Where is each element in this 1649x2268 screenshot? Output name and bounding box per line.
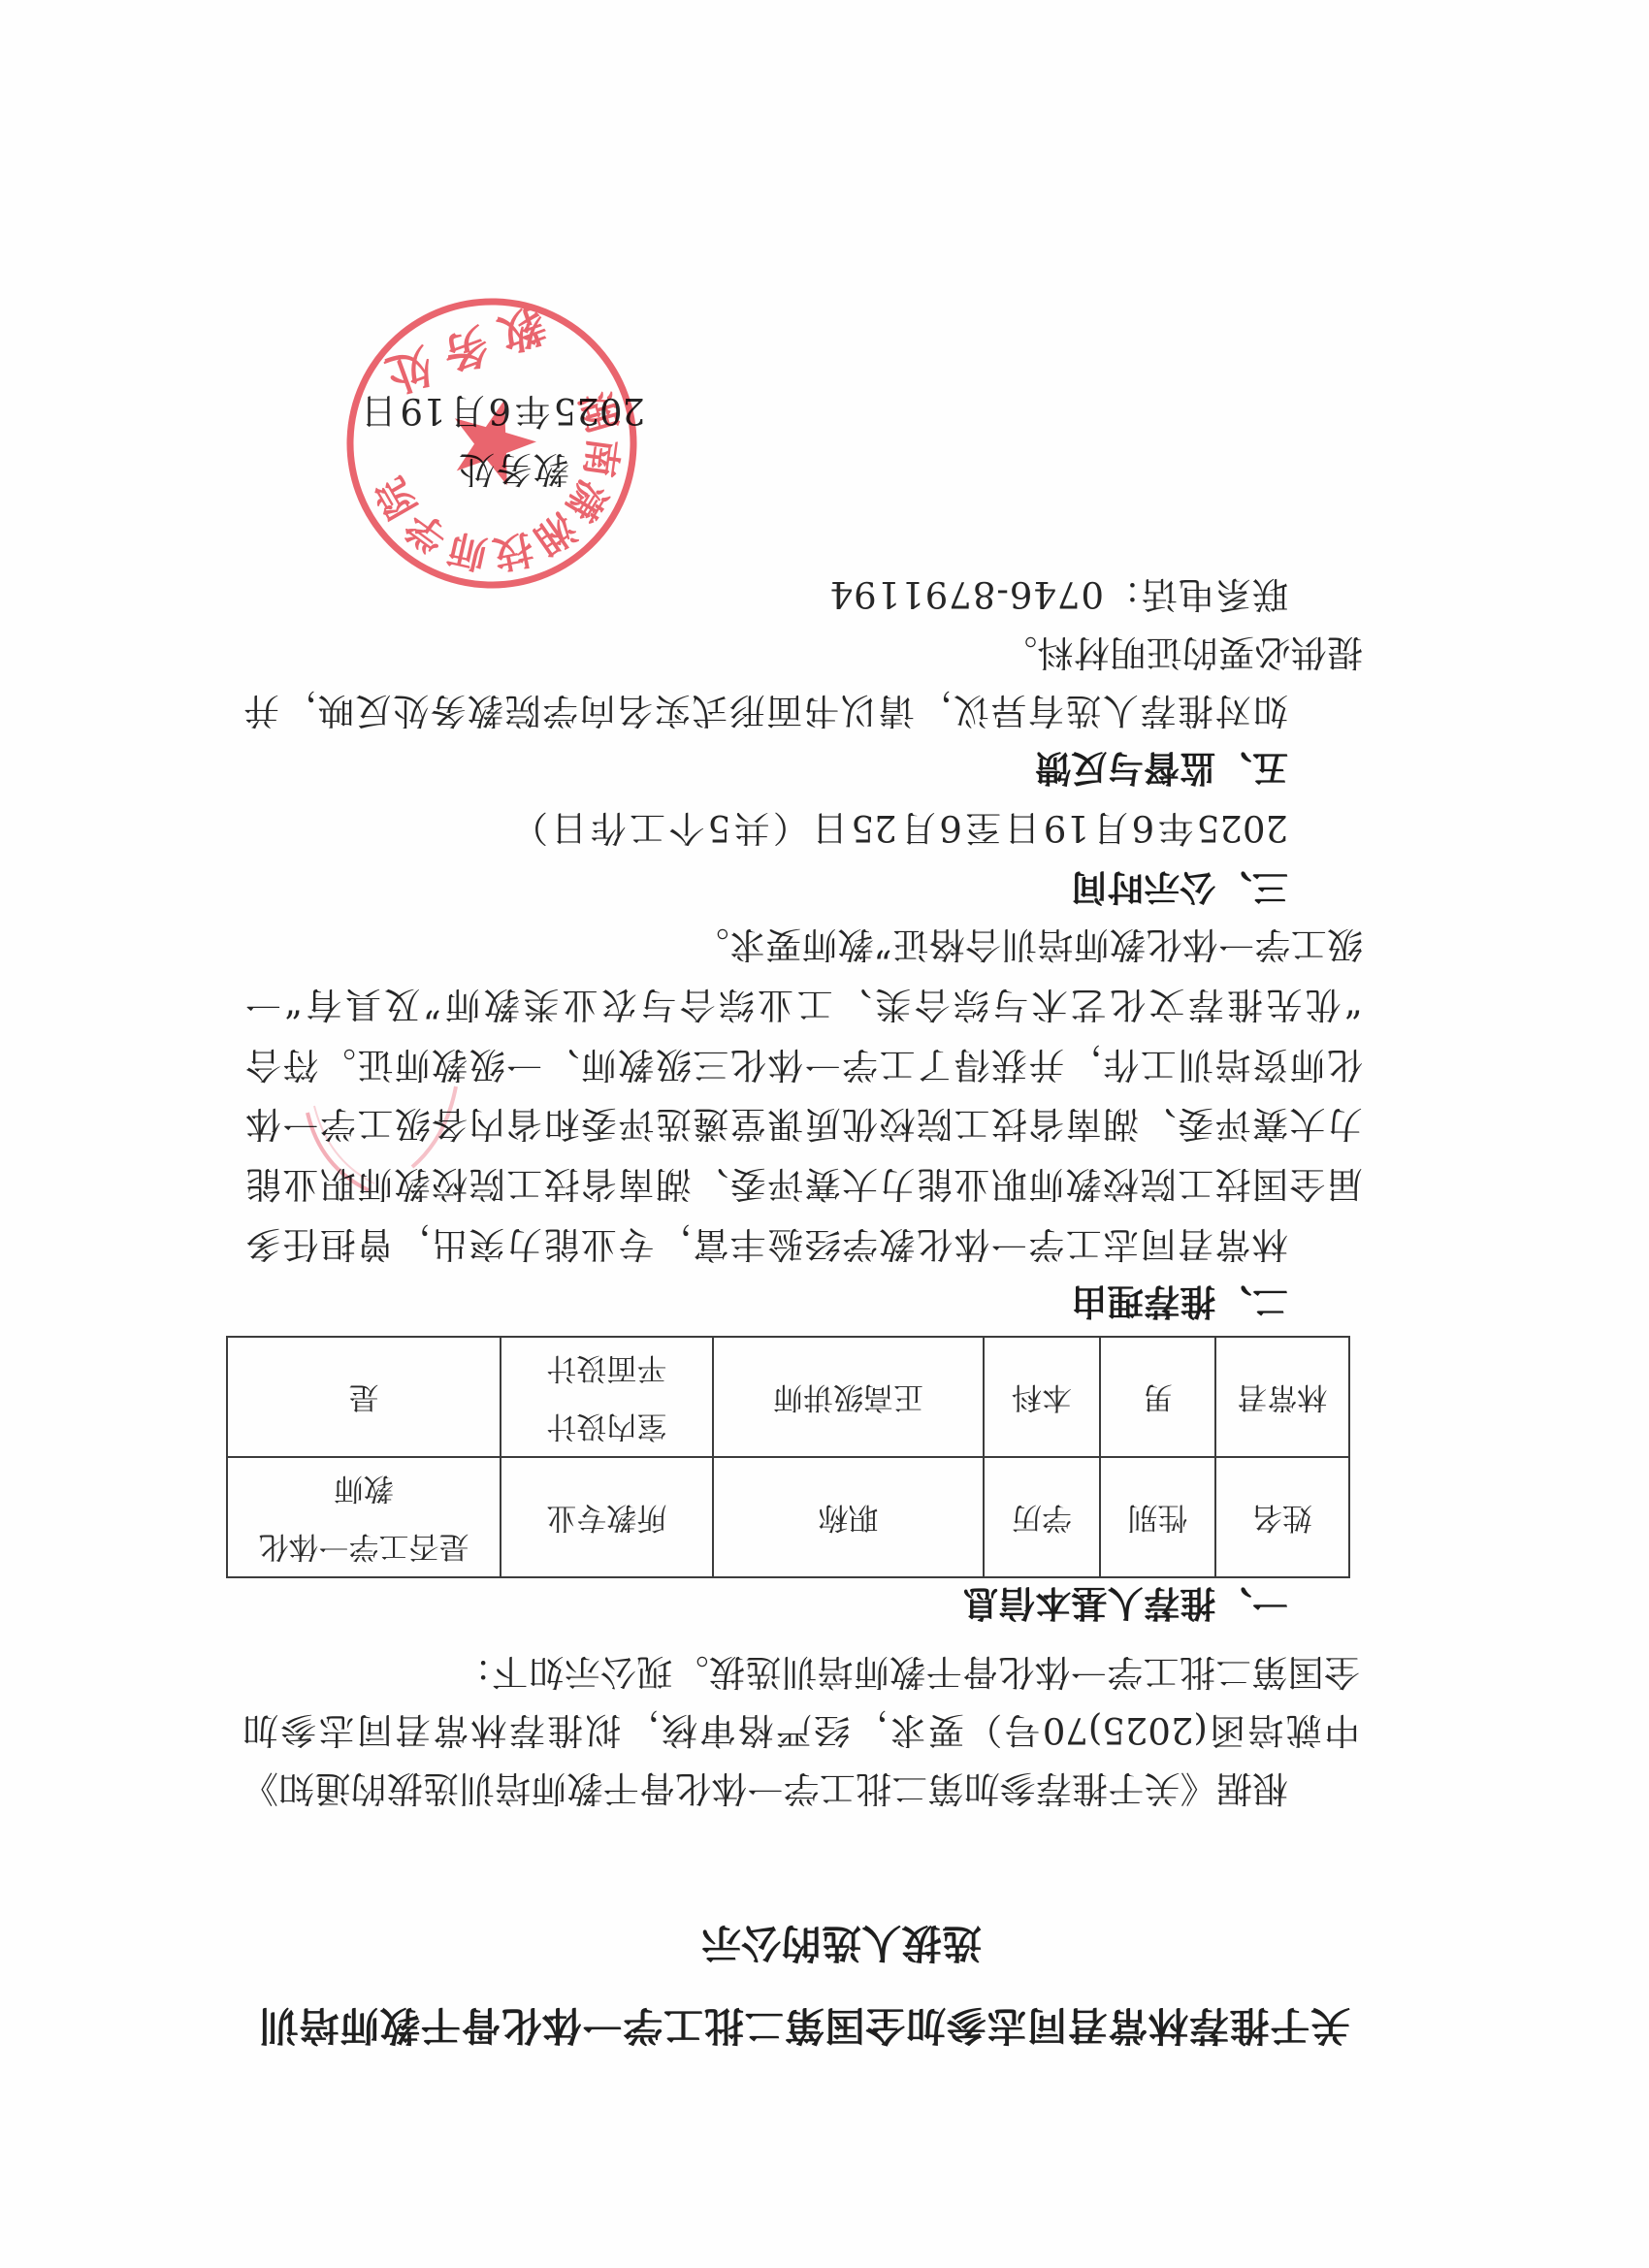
signature-office: 教务处	[459, 447, 569, 490]
header-integrated-teacher: 是否工学一体化 教师	[227, 1457, 501, 1577]
reason-line: “优先推荐文化艺术与综合类、工业综合与农业类教师”及具有“一	[245, 983, 1363, 1025]
header-major: 所教专业	[501, 1457, 713, 1577]
reason-line: 级工学一体化教师培训合格证”教师要求。	[693, 923, 1363, 965]
intro-line: 中就培函(2025)70号）要求，经严格审核，拟推荐林常君同志参加	[242, 1708, 1360, 1751]
document-title-line-2: 选拔人选的公示	[701, 1920, 982, 1966]
cell-major: 室内设计 平面设计	[501, 1337, 713, 1457]
intro-line: 全国第二批工学一体化骨干教师培训选拔。现公示如下：	[456, 1650, 1361, 1693]
cell-integrated-teacher: 是	[227, 1337, 501, 1457]
supervision-line: 提供必要的证明材料。	[1001, 631, 1363, 673]
header-title: 职称	[713, 1457, 984, 1577]
reason-line: 届全国技工院校教师职业能力大赛评委、湖南省技工院校教师职业能	[245, 1162, 1363, 1205]
reason-line: 力大赛评委、湖南省技工院校优质课堂遴选评委和省内各级工学一体	[245, 1102, 1363, 1145]
reason-line: 化师资培训工作，并获得了工学一体化三级教师、一级教师证。符合	[245, 1043, 1363, 1085]
cell-gender: 男	[1100, 1337, 1215, 1457]
section-heading-basic-info: 一、推荐人基本信息	[962, 1582, 1288, 1625]
header-gender: 性别	[1100, 1457, 1215, 1577]
cell-education: 本科	[984, 1337, 1100, 1457]
cell-name: 林常君	[1215, 1337, 1349, 1457]
header-name: 姓名	[1215, 1457, 1349, 1577]
section-heading-reason: 二、推荐理由	[1071, 1280, 1288, 1323]
section-heading-supervision: 五、监督与反馈	[1035, 747, 1288, 790]
header-education: 学历	[984, 1457, 1100, 1577]
intro-line: 根据《关于推荐参加第二批工学一体化骨干教师培训选拔的通知》	[242, 1766, 1288, 1809]
recommendee-info-table: 姓名 性别 学历 职称 所教专业 是否工学一体化 教师 林常君 男 本科 正高级…	[228, 1337, 1350, 1578]
reason-line: 林常君同志工学一体化教学经验丰富，专业能力突出，曾担任多	[245, 1222, 1288, 1265]
seal-ring	[327, 278, 657, 608]
table-header-row: 姓名 性别 学历 职称 所教专业 是否工学一体化 教师	[227, 1457, 1349, 1577]
publicity-period-text: 2025年6月19日至6月25日（共5个工作日）	[512, 806, 1288, 849]
document-page: 关于推荐林常君同志参加全国第二批工学一体化骨干教师培训 选拔人选的公示 根据《关…	[0, 0, 1649, 2268]
table-row: 林常君 男 本科 正高级讲师 室内设计 平面设计 是	[227, 1337, 1349, 1457]
contact-phone: 联系电话：0746-8791194	[829, 572, 1288, 615]
official-seal-stamp: 湖南潇湘技师学院 教务处	[327, 278, 657, 608]
signature-date: 2025年6月19日	[361, 389, 645, 432]
cell-title: 正高级讲师	[713, 1337, 984, 1457]
section-heading-publicity-period: 三、公示时间	[1071, 866, 1288, 909]
supervision-line: 如对推荐人选有异议，请以书面形式实名向学院教务处反映，并	[243, 689, 1288, 731]
document-title-line-1: 关于推荐林常君同志参加全国第二批工学一体化骨干教师培训	[259, 2002, 1350, 2049]
